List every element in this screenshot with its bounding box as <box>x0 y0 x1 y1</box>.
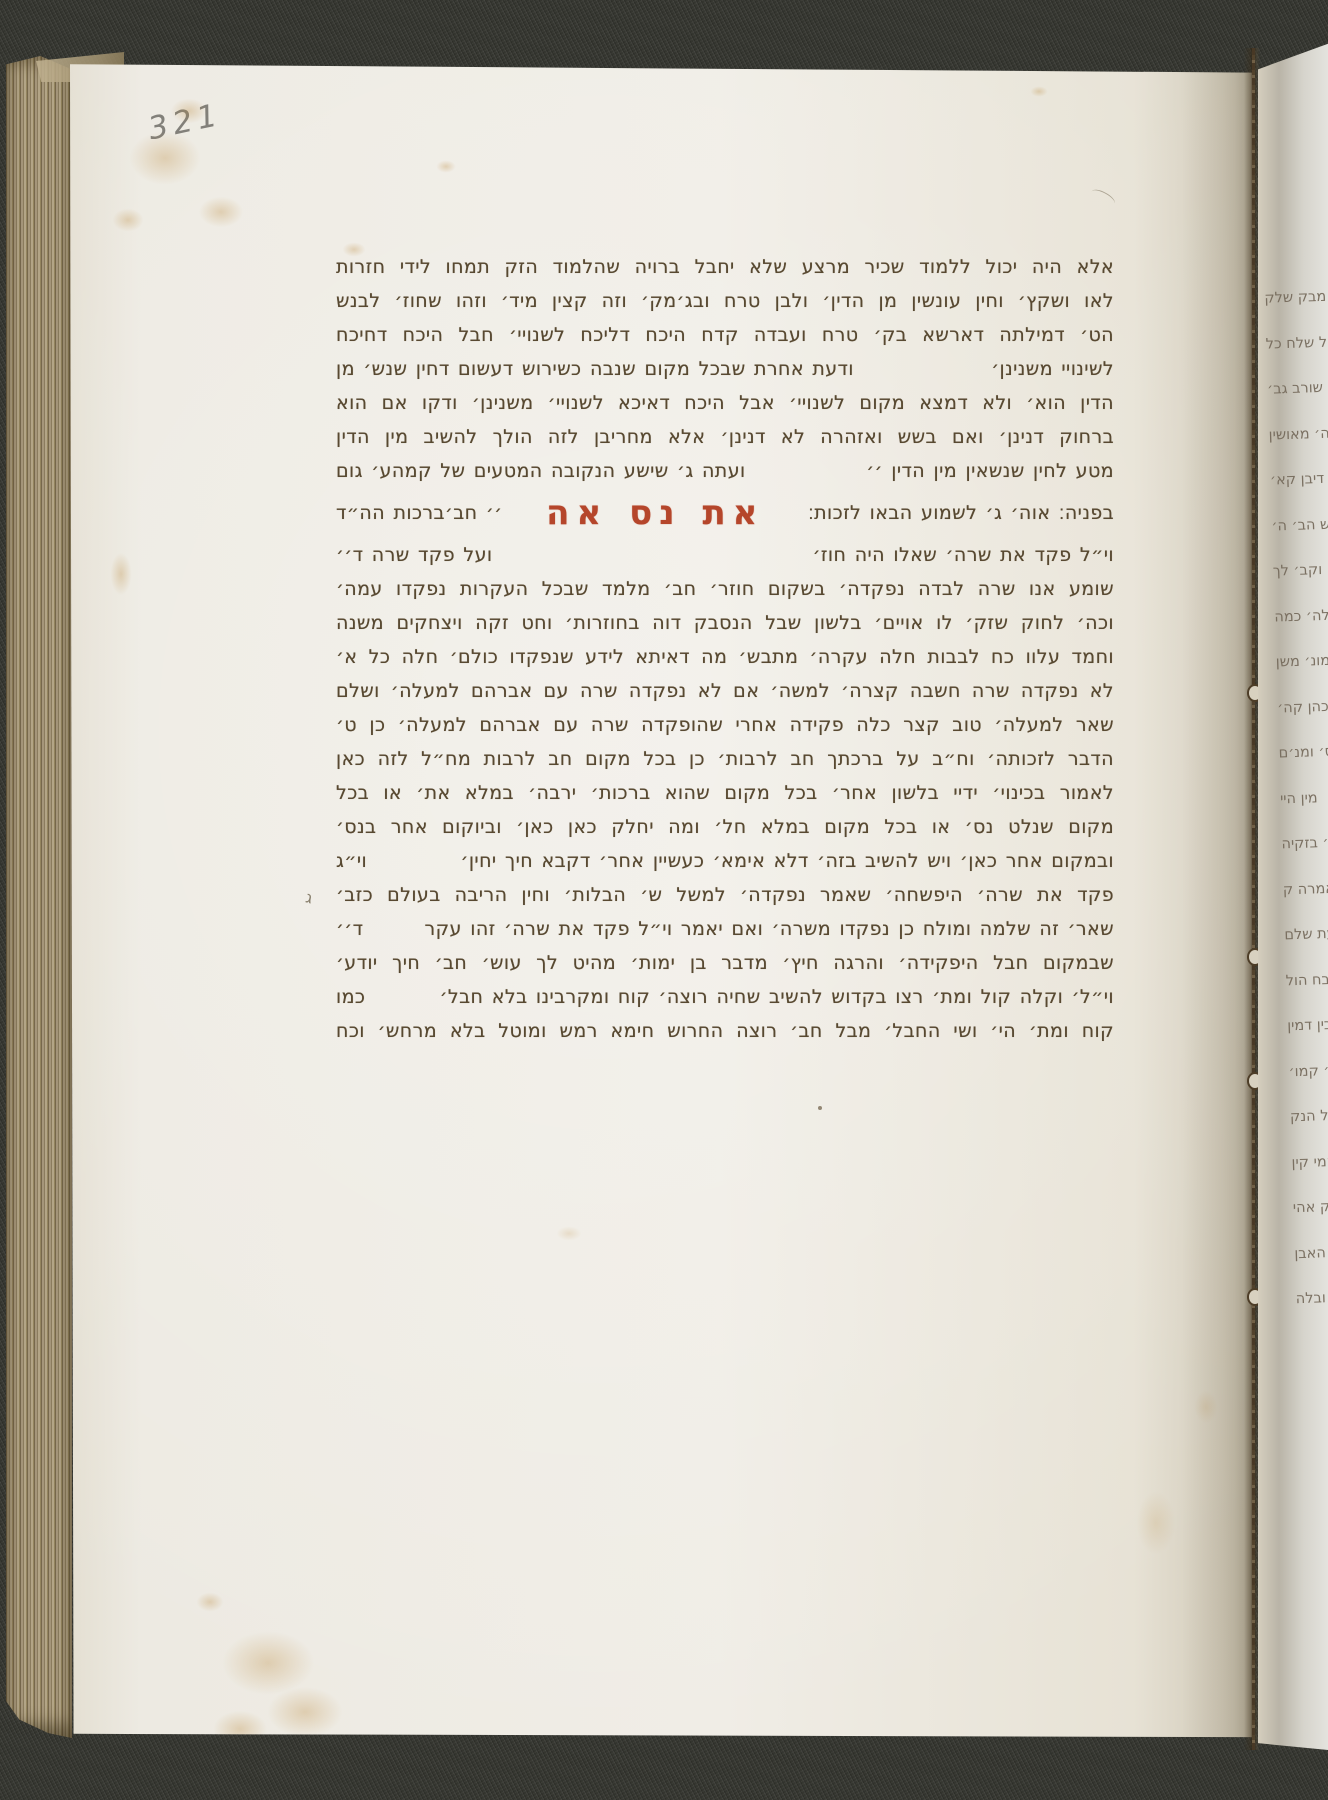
text-line: לא נפקדה שרה חשבה קצרה׳ למשה׳ אם לא נפקד… <box>336 674 1114 708</box>
facing-text-fragment: מין היי <box>1280 790 1318 807</box>
text-segment: שאר למעלה׳ טוב קצר כלה פקידה אחרי שהופקד… <box>336 714 1114 736</box>
text-line: אלא היה יכול ללמוד שכיר מרצע שלא יחבל בר… <box>336 250 1114 284</box>
text-line: הדבר לזכותה׳ וח״ב על ברכתך חב לרבות׳ כן … <box>336 742 1114 776</box>
text-segment: לשינויי משנינן׳ <box>991 352 1114 386</box>
text-segment: שאר׳ זה שלמה ומולח כן נפקדו משרה׳ ואם יא… <box>425 912 1115 946</box>
facing-text-fragment: קדש הב׳ ה׳ <box>1271 516 1328 534</box>
text-segment: בפניה׃ אוה׳ ג׳ לשמוע הבאו לזכות׃ <box>808 488 1114 538</box>
text-segment: מטע לחין שנשאין מין הדין ׳׳ <box>866 454 1114 488</box>
facing-text-fragment: סב׳ לה׳ כמה <box>1274 606 1328 625</box>
text-line: קוח ומת׳ הי׳ ושי החבל׳ מבל חב׳ רוצה החרו… <box>336 1014 1114 1048</box>
facing-text-fragment: כמ׳ קמו׳ <box>1288 1062 1328 1080</box>
text-segment: וי״ל׳ וקלה קול ומת׳ רצו בקדוש להשיב שחיה… <box>440 980 1114 1014</box>
text-segment: וכה׳ לחוק שזק׳ לו אויים׳ בלשון שבל הנסבק… <box>336 612 1114 634</box>
text-segment: לאו ושקץ׳ וחין עונשין מן הדין׳ ולבן טרח … <box>336 290 1114 312</box>
facing-text-fragment: ומנק אהי <box>1293 1198 1328 1216</box>
text-line: וי״ל׳ וקלה קול ומת׳ רצו בקדוש להשיב שחיה… <box>336 980 1114 1014</box>
text-segment: ד׳׳ <box>336 912 363 946</box>
text-segment: שבמקום חבל היפקידה׳ והרגה חיץ׳ מדבר בן י… <box>336 952 1114 974</box>
text-segment: הט׳ דמילתה דארשא בק׳ טרח ועבדה קדח היכח … <box>336 324 1114 346</box>
text-segment: הדבר לזכותה׳ וח״ב על ברכתך חב לרבות׳ כן … <box>336 748 1114 770</box>
foxing-stain <box>1030 86 1048 97</box>
foxing-stain <box>198 196 244 228</box>
facing-text-fragment: ב״ל שלח כל <box>1266 334 1328 352</box>
rubric-text: את נס אה <box>546 488 764 538</box>
text-line: שאר למעלה׳ טוב קצר כלה פקידה אחרי שהופקד… <box>336 708 1114 742</box>
text-segment: לאמור בכינוי׳ ידיי בלשון אחר׳ בכל מקום ש… <box>336 782 1114 804</box>
text-segment: ובמקום אחר כאן׳ ויש להשיב בזה׳ דלא אימא׳… <box>461 844 1114 878</box>
text-line: מקום שנלט נס׳ או בכל מקום במלא חל׳ ומה י… <box>336 810 1114 844</box>
ink-speck <box>818 1106 822 1110</box>
facing-text-fragment: אמרה ק <box>1283 880 1328 898</box>
text-line: ברחוק דנינן׳ ואם בשש ואזהרה לא דנינן׳ אל… <box>336 420 1114 454</box>
text-segment: קוח ומת׳ הי׳ ושי החבל׳ מבל חב׳ רוצה החרו… <box>336 1020 1114 1042</box>
text-line: שבמקום חבל היפקידה׳ והרגה חיץ׳ מדבר בן י… <box>336 946 1114 980</box>
text-line: וי״ל פקד את שרה׳ שאלו היה חוז׳ועל פקד שר… <box>336 538 1114 572</box>
manuscript-photograph: 321 אלא היה יכול ללמוד שכיר מרצע שלא יחב… <box>0 0 1328 1800</box>
text-segment: כמו <box>336 980 365 1014</box>
text-segment: לא נפקדה שרה חשבה קצרה׳ למשה׳ אם לא נפקד… <box>336 680 1114 702</box>
facing-text-fragment: שורב גב׳ <box>1267 380 1323 398</box>
manuscript-facing-page: קמ׳ מבק שלקב״ל שלח כלשורב גב׳לה׳ מאושיןה… <box>1258 42 1328 1750</box>
facing-text-fragment: ב׳ לבח הול <box>1286 971 1328 989</box>
facing-text-fragment: וקבל האבן <box>1294 1244 1328 1262</box>
facing-text-fragment: ני חול הנק <box>1290 1107 1328 1125</box>
text-segment: ברחוק דנינן׳ ואם בשש ואזהרה לא דנינן׳ אל… <box>336 426 1114 448</box>
sewing-thread <box>1252 48 1255 1750</box>
foxing-stain <box>196 1592 224 1612</box>
foxing-stain <box>1194 1390 1218 1424</box>
facing-text-fragment: קמ׳ מבק שלק <box>1264 288 1328 307</box>
foxing-stain <box>436 160 456 173</box>
text-line: וכה׳ לחוק שזק׳ לו אויים׳ בלשון שבל הנסבק… <box>336 606 1114 640</box>
facing-text-fragment: לן׳ בזקיה <box>1281 835 1328 853</box>
text-segment: ודעת אחרת שבכל מקום שנבה כשירוש דעשום דח… <box>336 352 854 386</box>
text-segment: שומע אנו שרה לבדה נפקדה׳ בשקום חוזר׳ חב׳… <box>336 578 1114 600</box>
text-segment: וי״ל פקד את שרה׳ שאלו היה חוז׳ <box>813 538 1114 572</box>
foxing-stain <box>220 1630 316 1696</box>
foxing-stain <box>1136 1490 1176 1556</box>
foxing-stain <box>266 1686 344 1738</box>
text-line: הט׳ דמילתה דארשא בק׳ טרח ועבדה קדח היכח … <box>336 318 1114 352</box>
facing-text-fragment: הי׳ ובלה <box>1296 1290 1328 1308</box>
facing-text-fragment: לה׳ מאושין <box>1268 425 1328 443</box>
facing-text-fragment: הו׳ דיבן קא׳ <box>1270 470 1328 488</box>
text-segment: מקום שנלט נס׳ או בכל מקום במלא חל׳ ומה י… <box>336 816 1114 838</box>
text-segment: הדין הוא׳ ולא דמצא מקום לשנויי׳ אבל היכח… <box>336 392 1114 414</box>
facing-text-fragment: בין דמין <box>1287 1017 1328 1034</box>
book-fore-edge <box>6 56 72 1738</box>
text-line: לשינויי משנינן׳ודעת אחרת שבכל מקום שנבה … <box>336 352 1114 386</box>
text-line: לאמור בכינוי׳ ידיי בלשון אחר׳ בכל מקום ש… <box>336 776 1114 810</box>
text-line: וחמד עלוו כח לבבות חלה עקרה׳ מתבש׳ מה דא… <box>336 640 1114 674</box>
text-segment: ׳׳ חב׳ברכות הה״ד <box>336 488 502 538</box>
margin-correction-mark: ג <box>304 887 315 907</box>
facing-text-fragment: ו׳ וקב׳ לך <box>1273 562 1328 580</box>
text-line: ובמקום אחר כאן׳ ויש להשיב בזה׳ דלא אימא׳… <box>336 844 1114 878</box>
rubric-line: בפניה׃ אוה׳ ג׳ לשמוע הבאו לזכות׃את נס אה… <box>336 488 1114 538</box>
facing-text-fragment: ורמונ׳ משן <box>1276 652 1328 670</box>
foxing-stain <box>112 208 144 232</box>
text-block: אלא היה יכול ללמוד שכיר מרצע שלא יחבל בר… <box>336 250 1114 1048</box>
foxing-stain <box>110 552 132 596</box>
text-segment: וי״ג <box>336 844 367 878</box>
paper-fiber <box>1089 187 1117 209</box>
text-segment: פקד את שרה׳ היפשחה׳ שאמר נפקדה׳ למשל ש׳ … <box>336 884 1114 906</box>
text-segment: אלא היה יכול ללמוד שכיר מרצע שלא יחבל בר… <box>336 256 1114 278</box>
text-line: לאו ושקץ׳ וחין עונשין מן הדין׳ ולבן טרח … <box>336 284 1114 318</box>
facing-text-fragment: ן כהן קה׳ <box>1277 698 1328 716</box>
folio-number: 321 <box>145 97 225 148</box>
text-segment: וחמד עלוו כח לבבות חלה עקרה׳ מתבש׳ מה דא… <box>336 646 1114 668</box>
facing-text-fragment: בקמי קין <box>1291 1153 1328 1171</box>
text-segment: ועל פקד שרה ד׳׳ <box>336 538 492 572</box>
text-line: שאר׳ זה שלמה ומולח כן נפקדו משרה׳ ואם יא… <box>336 912 1114 946</box>
manuscript-left-page: 321 אלא היה יכול ללמוד שכיר מרצע שלא יחב… <box>70 60 1252 1738</box>
text-line: שומע אנו שרה לבדה נפקדה׳ בשקום חוזר׳ חב׳… <box>336 572 1114 606</box>
foxing-stain <box>212 1710 268 1748</box>
text-line: מטע לחין שנשאין מין הדין ׳׳ועתה ג׳ שישע … <box>336 454 1114 488</box>
text-line: הדין הוא׳ ולא דמצא מקום לשנויי׳ אבל היכח… <box>336 386 1114 420</box>
facing-text-fragment: ס׳ ומנ׳ם <box>1278 744 1328 762</box>
text-segment: ועתה ג׳ שישע הנקובה המטעים של קמהע׳ גום <box>336 454 746 488</box>
facing-text-fragment: ודעת שלם <box>1284 925 1328 943</box>
text-line: פקד את שרה׳ היפשחה׳ שאמר נפקדה׳ למשל ש׳ … <box>336 878 1114 912</box>
foxing-stain <box>556 1226 582 1241</box>
facing-page-text: קמ׳ מבק שלקב״ל שלח כלשורב גב׳לה׳ מאושיןה… <box>1264 281 1328 290</box>
